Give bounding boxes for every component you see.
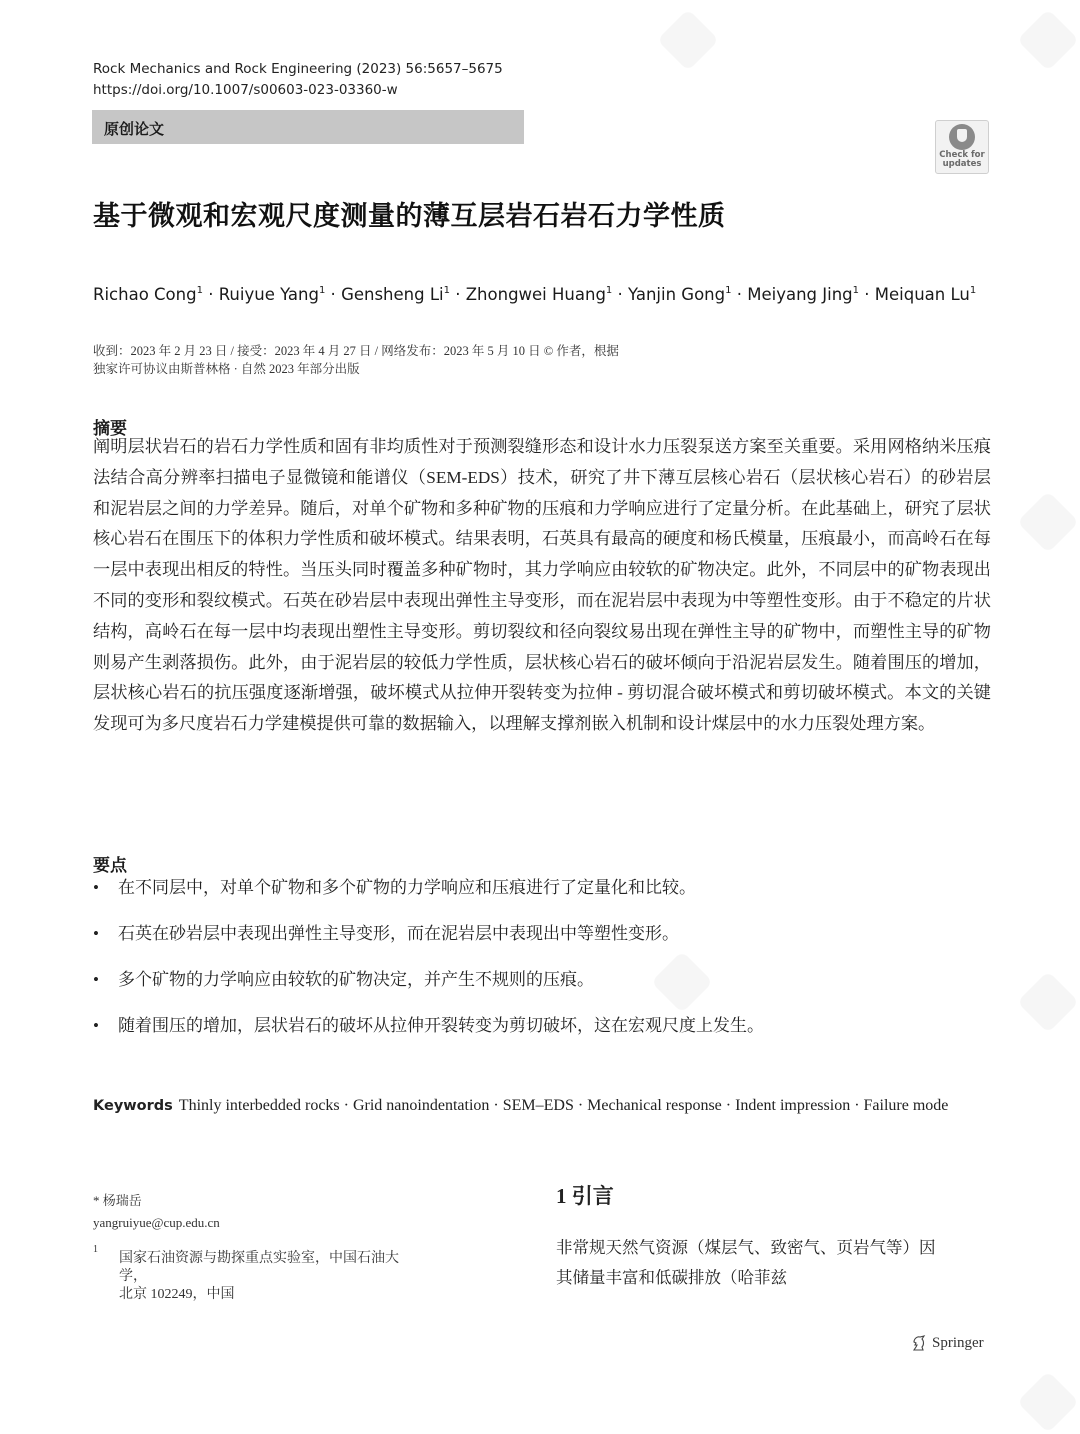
highlights-list: 在不同层中，对单个矿物和多个矿物的力学响应和压痕进行了定量化和比较。 石英在砂岩… bbox=[93, 876, 943, 1037]
keywords: KeywordsThinly interbedded rocks · Grid … bbox=[93, 1094, 973, 1118]
watermark-icon bbox=[1017, 971, 1079, 1033]
highlights-heading: 要点 bbox=[93, 851, 127, 876]
affiliation-line: 北京 102249，中国 bbox=[119, 1286, 439, 1304]
highlight-item: 多个矿物的力学响应由较软的矿物决定，并产生不规则的压痕。 bbox=[93, 968, 943, 991]
doi-link[interactable]: https://doi.org/10.1007/s00603-023-03360… bbox=[93, 80, 503, 101]
publisher-logo: Springer bbox=[910, 1334, 984, 1352]
author[interactable]: Meiyang Jing1 bbox=[747, 285, 859, 304]
highlight-item: 在不同层中，对单个矿物和多个矿物的力学响应和压痕进行了定量化和比较。 bbox=[93, 876, 943, 899]
introduction-line: 其储量丰富和低碳排放（哈菲兹 bbox=[556, 1263, 996, 1293]
affiliation-line: 学， bbox=[119, 1268, 439, 1286]
paper-title: 基于微观和宏观尺度测量的薄互层岩石岩石力学性质 bbox=[93, 194, 726, 233]
author[interactable]: Ruiyue Yang1 bbox=[219, 285, 326, 304]
dates-line-2: 独家许可协议由斯普林格 · 自然 2023 年部分出版 bbox=[93, 360, 619, 378]
introduction-text: 非常规天然气资源（煤层气、致密气、页岩气等）因 其储量丰富和低碳排放（哈菲兹 bbox=[556, 1233, 996, 1293]
article-type-label: 原创论文 bbox=[104, 118, 164, 139]
springer-horse-icon bbox=[910, 1334, 928, 1352]
corresponding-author: * 杨瑞岳 yangruiyue@cup.edu.cn bbox=[93, 1190, 220, 1234]
affiliation-number: 1 bbox=[93, 1244, 98, 1255]
article-type-bar: 原创论文 bbox=[92, 110, 524, 144]
watermark-icon bbox=[1017, 491, 1079, 553]
highlight-item: 随着围压的增加，层状岩石的破坏从拉伸开裂转变为剪切破坏，这在宏观尺度上发生。 bbox=[93, 1014, 943, 1037]
check-for-updates-badge[interactable]: Check for updates bbox=[935, 120, 989, 174]
keywords-label: Keywords bbox=[93, 1098, 173, 1114]
author[interactable]: Gensheng Li1 bbox=[341, 285, 450, 304]
check-for-updates-line2: updates bbox=[936, 160, 988, 168]
author[interactable]: Richao Cong1 bbox=[93, 285, 203, 304]
author-list: Richao Cong1 · Ruiyue Yang1 · Gensheng L… bbox=[93, 285, 976, 304]
keywords-text: Thinly interbedded rocks · Grid nanoinde… bbox=[179, 1097, 949, 1114]
corresponding-author-name: * 杨瑞岳 bbox=[93, 1190, 220, 1212]
publication-dates: 收到：2023 年 2 月 23 日 / 接受：2023 年 4 月 27 日 … bbox=[93, 342, 619, 378]
watermark-icon bbox=[1017, 9, 1079, 71]
check-for-updates-line1: Check for bbox=[936, 151, 988, 159]
highlight-item: 石英在砂岩层中表现出弹性主导变形，而在泥岩层中表现出中等塑性变形。 bbox=[93, 922, 943, 945]
author[interactable]: Yanjin Gong1 bbox=[628, 285, 731, 304]
journal-citation: Rock Mechanics and Rock Engineering (202… bbox=[93, 59, 503, 101]
dates-line-1: 收到：2023 年 2 月 23 日 / 接受：2023 年 4 月 27 日 … bbox=[93, 342, 619, 360]
author[interactable]: Meiquan Lu1 bbox=[875, 285, 976, 304]
bookmark-icon bbox=[949, 124, 975, 150]
author[interactable]: Zhongwei Huang1 bbox=[466, 285, 613, 304]
publisher-name: Springer bbox=[932, 1335, 984, 1352]
abstract-text: 阐明层状岩石的岩石力学性质和固有非均质性对于预测裂缝形态和设计水力压裂泵送方案至… bbox=[93, 432, 991, 740]
journal-line: Rock Mechanics and Rock Engineering (202… bbox=[93, 59, 503, 80]
affiliation: 国家石油资源与勘探重点实验室，中国石油大 学， 北京 102249，中国 bbox=[119, 1250, 439, 1304]
watermark-icon bbox=[1017, 1371, 1079, 1433]
section-heading-introduction: 1 引言 bbox=[556, 1180, 614, 1210]
introduction-line: 非常规天然气资源（煤层气、致密气、页岩气等）因 bbox=[556, 1233, 996, 1263]
watermark-icon bbox=[657, 9, 719, 71]
corresponding-email[interactable]: yangruiyue@cup.edu.cn bbox=[93, 1212, 220, 1234]
affiliation-line: 国家石油资源与勘探重点实验室，中国石油大 bbox=[119, 1250, 439, 1268]
